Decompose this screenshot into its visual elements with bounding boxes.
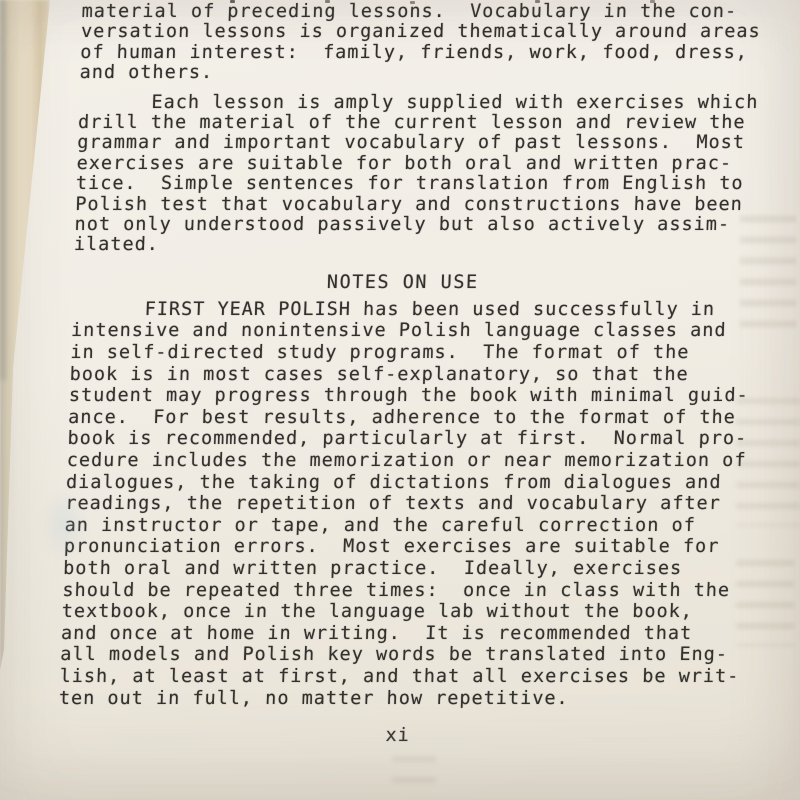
paper-smudge: [30, 470, 100, 580]
ink-bleedthrough-smudge: [740, 216, 796, 334]
page-number: xi: [51, 725, 744, 746]
ink-bleedthrough-smudge: [736, 560, 794, 646]
book-spine-shadow: [0, 0, 6, 380]
section-heading: NOTES ON USE: [56, 272, 749, 293]
page-text-block: material of preceding lessons. Vocabular…: [57, 2, 774, 746]
ink-bleedthrough-smudge: [736, 398, 800, 526]
book-page-photo: material of preceding lessons. Vocabular…: [0, 0, 800, 800]
paragraph-notes-on-use: FIRST YEAR POLISH has been used successf…: [59, 299, 765, 709]
paragraph-exercises: Each lesson is amply supplied with exerc…: [74, 93, 771, 256]
ink-bleedthrough-smudge: [392, 756, 436, 790]
paragraph-vocabulary-continuation: material of preceding lessons. Vocabular…: [79, 2, 774, 84]
